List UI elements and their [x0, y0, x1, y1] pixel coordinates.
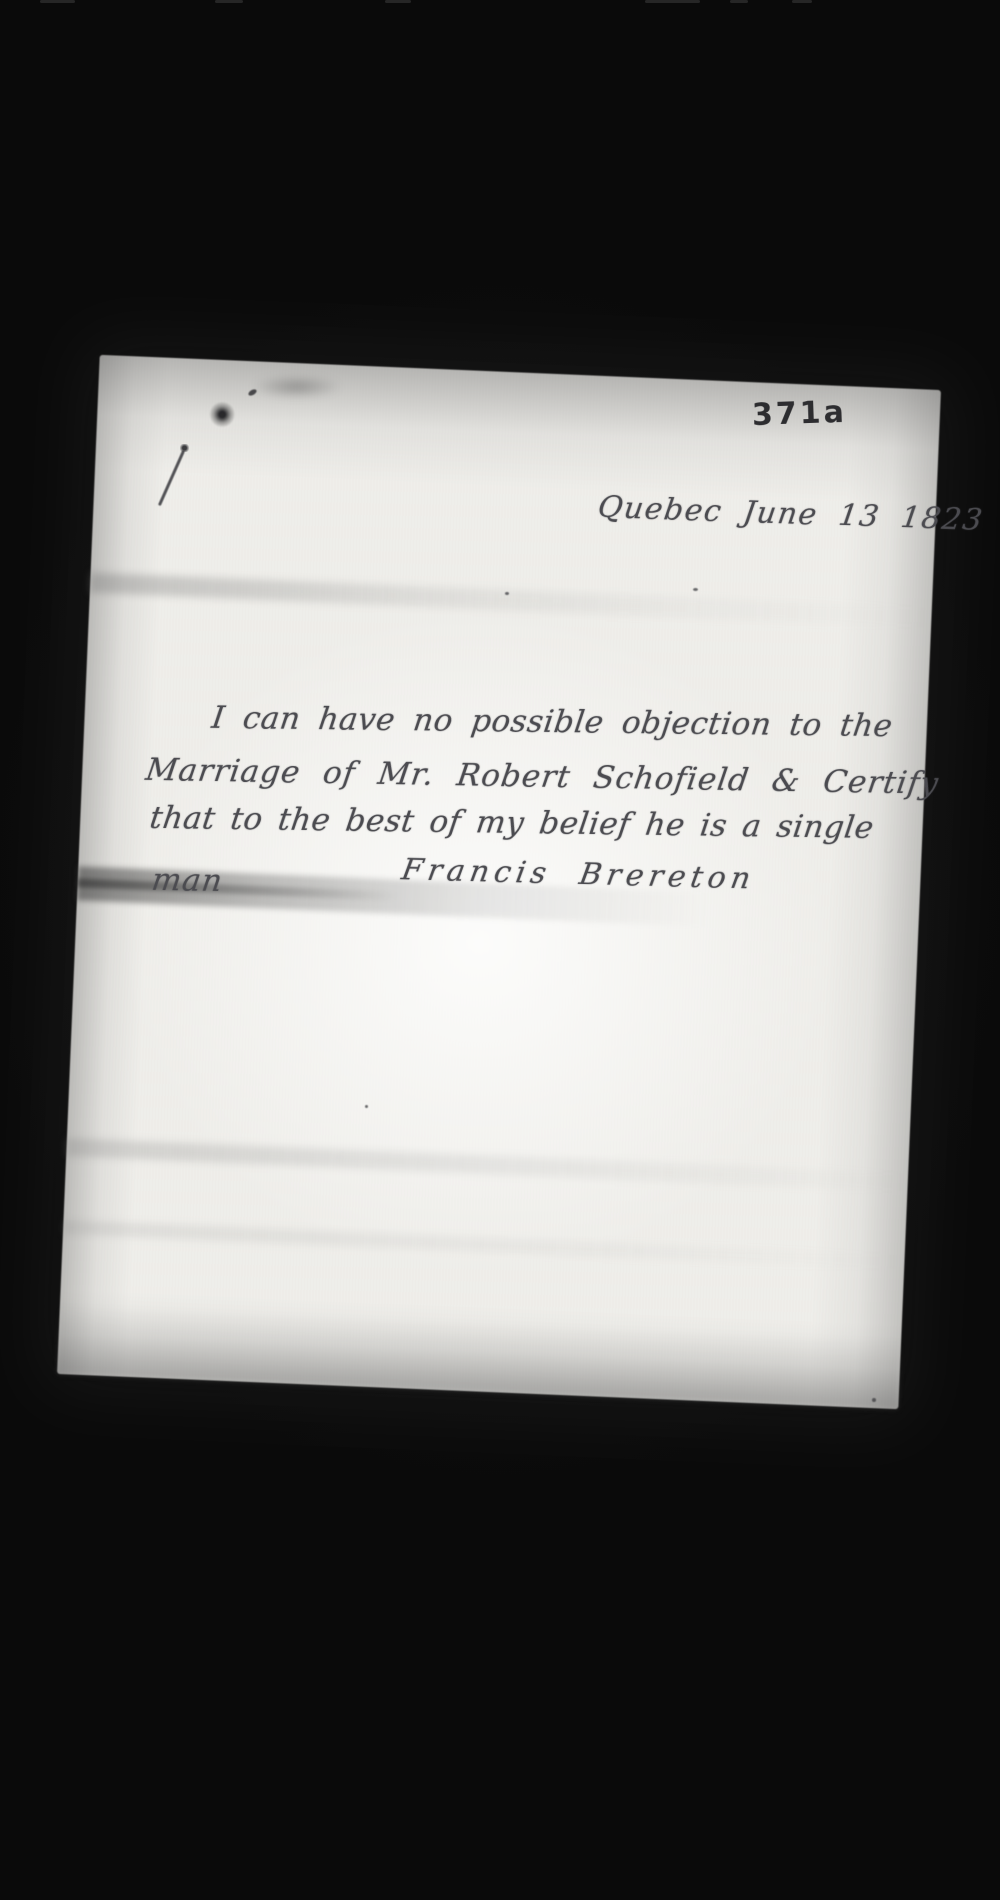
smudge-mark [238, 370, 368, 412]
fold-shadow-faint [63, 1220, 905, 1269]
ink-speck [505, 592, 509, 595]
film-speck [385, 0, 411, 3]
page-number-annotation: 371a [751, 395, 847, 433]
body-line-4: man [149, 862, 225, 899]
paper-bottom-shade [57, 1304, 901, 1409]
fold-shadow-lower [66, 1138, 908, 1191]
ink-speck [365, 1105, 368, 1108]
fold-shadow-upper [90, 573, 932, 628]
pen-stroke-blob [180, 444, 189, 452]
film-speck [792, 0, 812, 3]
ink-blot [206, 398, 242, 428]
ink-speck [872, 1398, 876, 1402]
ink-speck [693, 588, 698, 591]
film-speck [645, 0, 700, 3]
film-speck [40, 0, 75, 3]
microfilm-scan-background: 371a Quebec June 13 1823 I can have no p… [0, 0, 1000, 1900]
film-speck [730, 0, 748, 3]
film-speck [215, 0, 243, 3]
